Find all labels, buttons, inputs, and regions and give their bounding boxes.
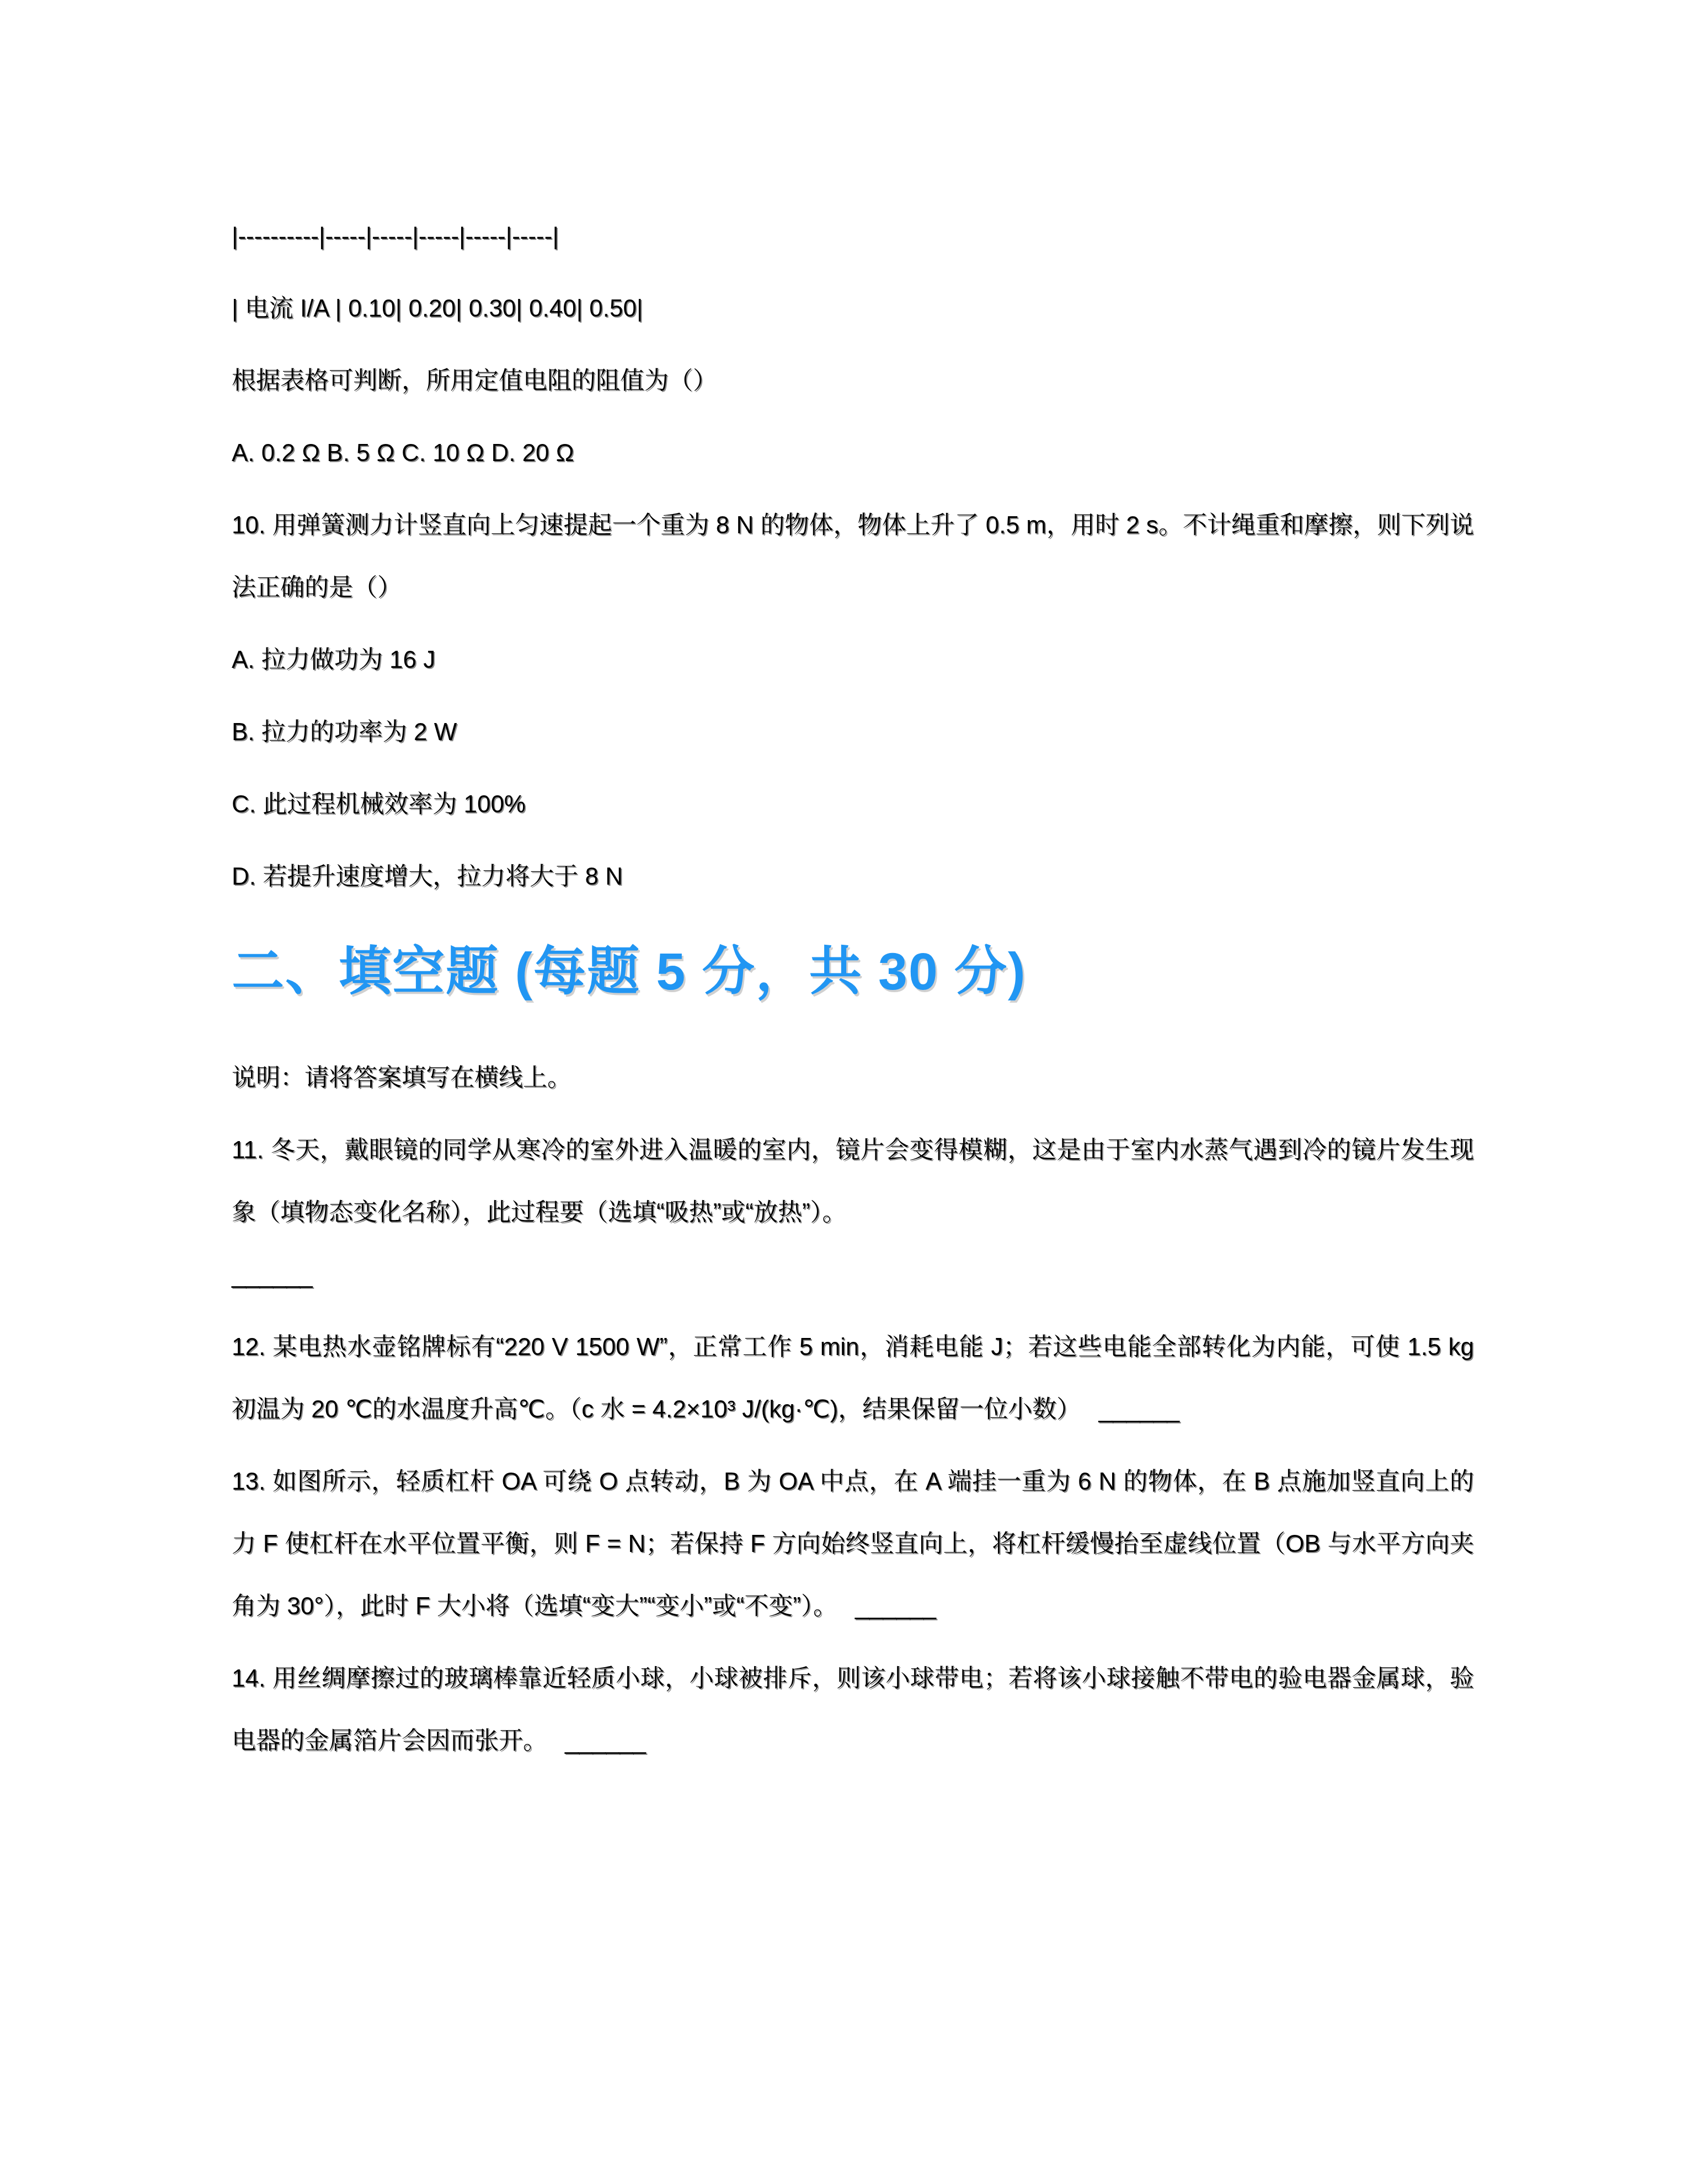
- q9-options-line: A. 0.2 Ω B. 5 Ω C. 10 Ω D. 20 Ω: [232, 422, 1474, 484]
- section-note: 说明：请将答案填写在横线上。: [232, 1047, 1474, 1109]
- q11-text: 11. 冬天，戴眼镜的同学从寒冷的室外进入温暖的室内，镜片会变得模糊，这是由于室…: [232, 1137, 1474, 1226]
- q12-text: 12. 某电热水壶铭牌标有“220 V 1500 W”，正常工作 5 min，消…: [232, 1334, 1474, 1423]
- q13-answer-blank: ______: [855, 1593, 936, 1620]
- q11-paragraph: 11. 冬天，戴眼镜的同学从寒冷的室外进入温暖的室内，镜片会变得模糊，这是由于室…: [232, 1119, 1474, 1306]
- q10-stem: 10. 用弹簧测力计竖直向上匀速提起一个重为 8 N 的物体，物体上升了 0.5…: [232, 494, 1474, 619]
- q13-paragraph: 13. 如图所示，轻质杠杆 OA 可绕 O 点转动，B 为 OA 中点，在 A …: [232, 1450, 1474, 1637]
- q10-option-d: D. 若提升速度增大，拉力将大于 8 N: [232, 845, 1474, 908]
- q13-text: 13. 如图所示，轻质杠杆 OA 可绕 O 点转动，B 为 OA 中点，在 A …: [232, 1468, 1474, 1620]
- q10-option-b: B. 拉力的功率为 2 W: [232, 701, 1474, 763]
- q14-text: 14. 用丝绸摩擦过的玻璃棒靠近轻质小球，小球被排斥，则该小球带电；若将该小球接…: [232, 1665, 1474, 1754]
- q14-paragraph: 14. 用丝绸摩擦过的玻璃棒靠近轻质小球，小球被排斥，则该小球带电；若将该小球接…: [232, 1647, 1474, 1772]
- section-heading: 二、填空题 (每题 5 分，共 30 分): [232, 935, 1474, 1008]
- q10-option-a: A. 拉力做功为 16 J: [232, 629, 1474, 691]
- q14-answer-blank: ______: [565, 1727, 646, 1754]
- q12-answer-blank: ______: [1098, 1396, 1179, 1423]
- table-current-row: | 电流 I/A | 0.10| 0.20| 0.30| 0.40| 0.50|: [232, 277, 1474, 340]
- q10-option-c: C. 此过程机械效率为 100%: [232, 773, 1474, 836]
- table-separator-row: |----------|-----|-----|-----|-----|----…: [232, 205, 1474, 267]
- q9-conclusion: 根据表格可判断，所用定值电阻的阻值为（）: [232, 350, 1474, 412]
- q12-paragraph: 12. 某电热水壶铭牌标有“220 V 1500 W”，正常工作 5 min，消…: [232, 1316, 1474, 1441]
- exam-document: |----------|-----|-----|-----|-----|----…: [0, 0, 1688, 2184]
- q11-answer-blank: ______: [232, 1244, 1474, 1306]
